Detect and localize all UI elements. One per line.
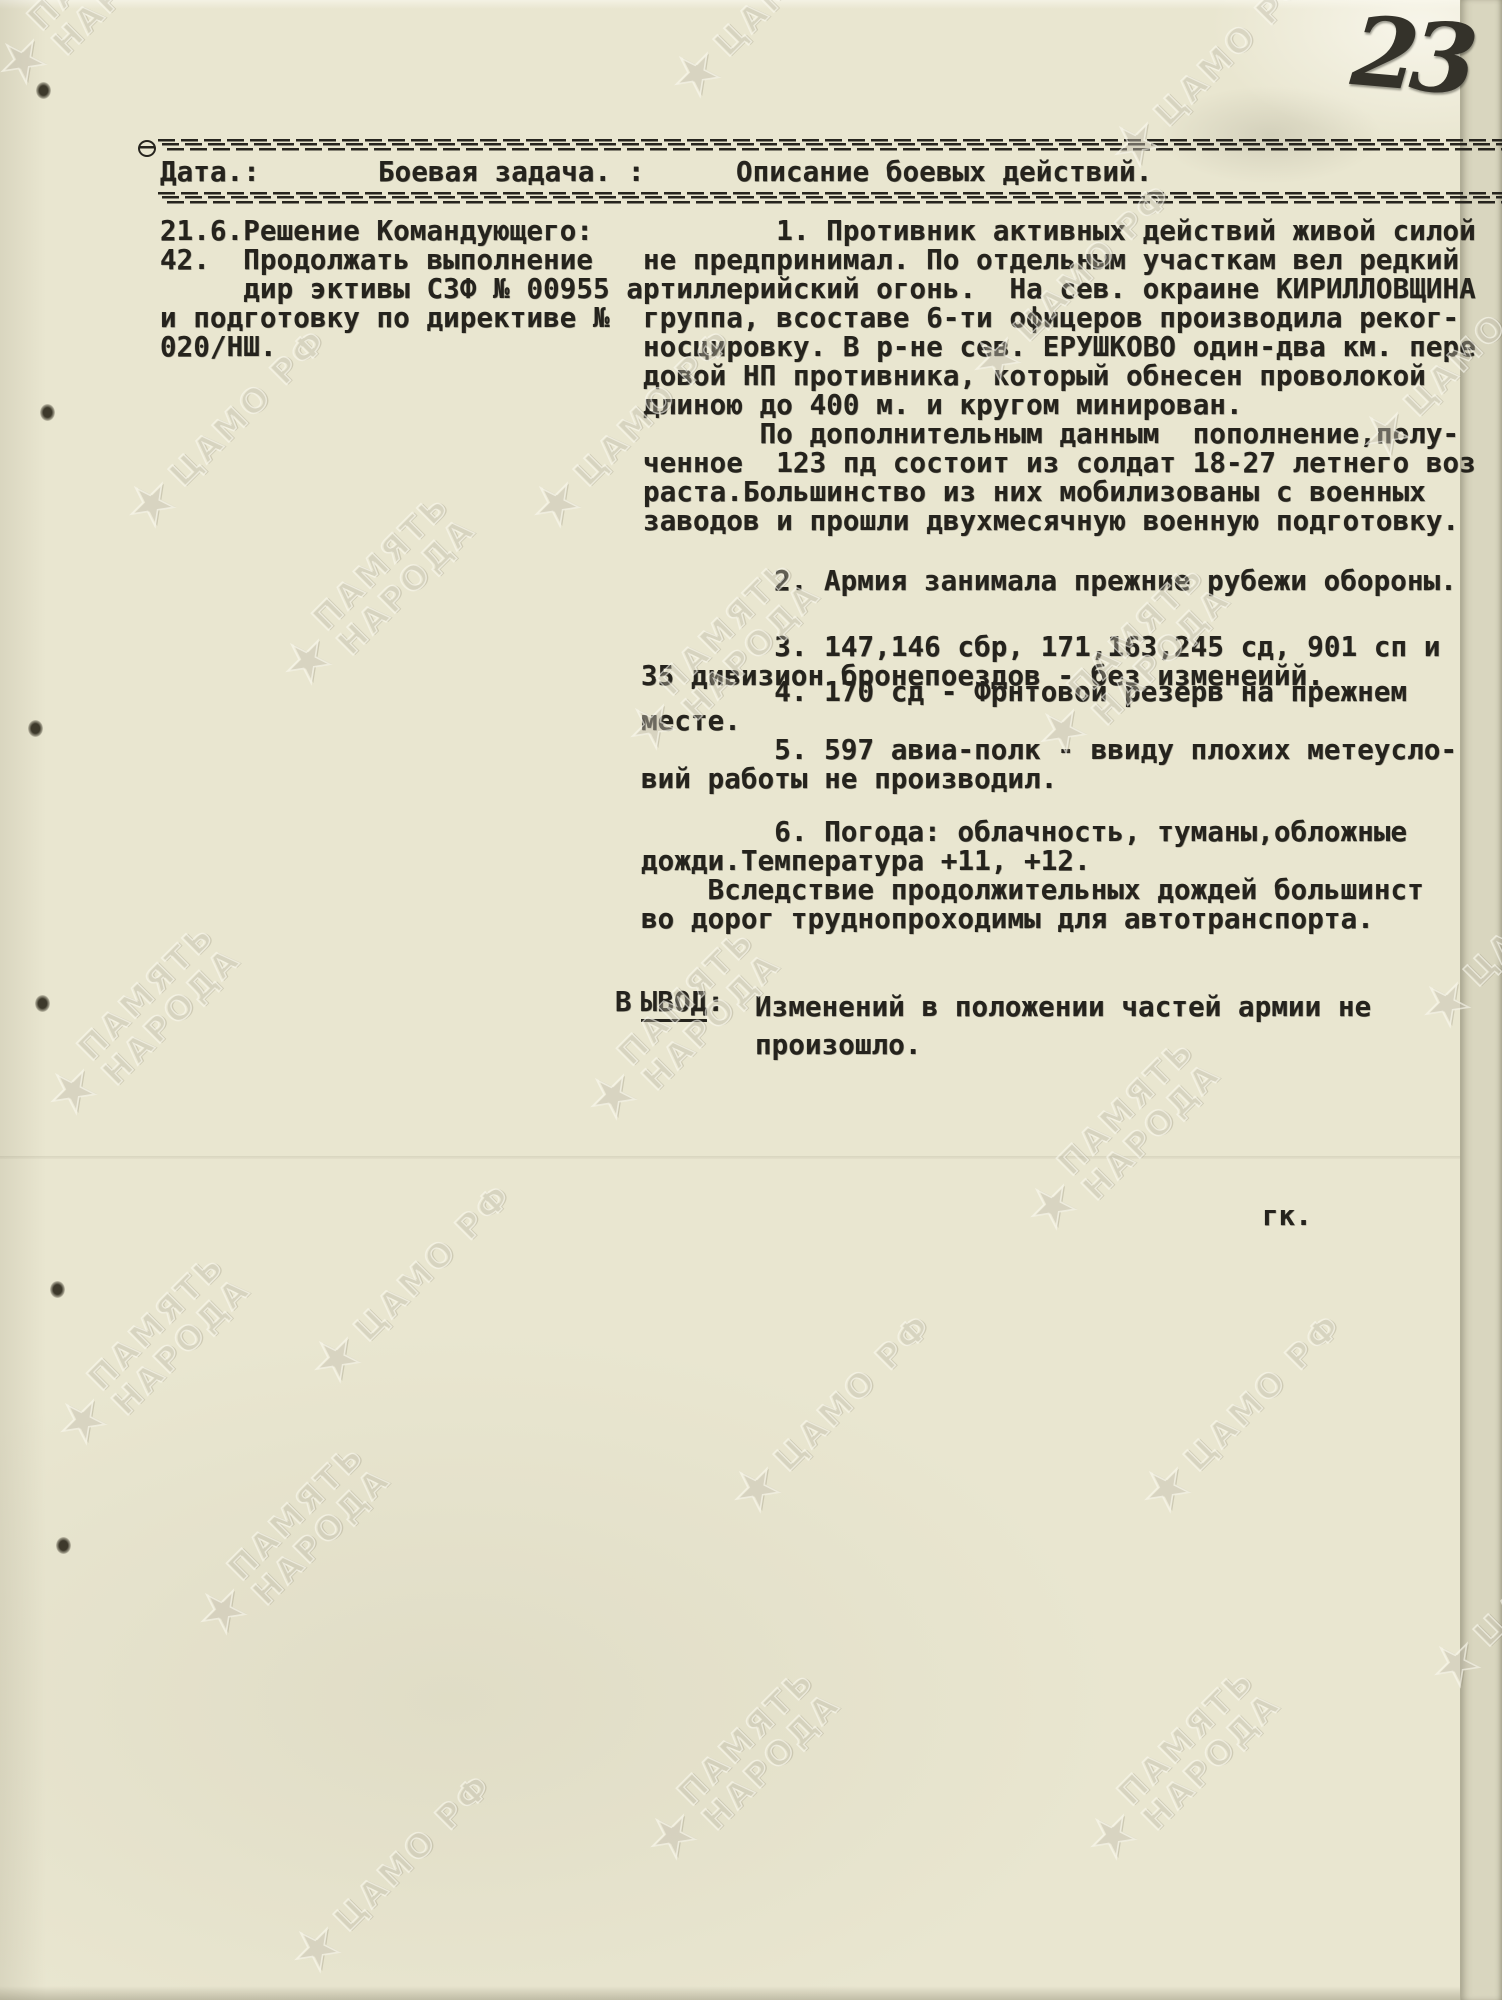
watermark-label: ПАМЯТЬ НАРОДА: [1111, 1662, 1286, 1837]
star-icon: ★: [719, 1451, 794, 1526]
star-icon: ★: [0, 23, 60, 98]
conclusion-label: ВЫВОД:: [615, 988, 724, 1017]
archive-watermark: ★ПАМЯТЬ НАРОДА: [570, 922, 786, 1138]
column-header-combat-actions-description: Описание боевых действий.: [736, 158, 1152, 187]
archive-watermark: ★ПАМЯТЬ НАРОДА: [180, 1437, 396, 1653]
clerk-initials: гк.: [1262, 1202, 1312, 1231]
star-icon: ★: [659, 36, 734, 111]
header-rule-top: [158, 139, 1502, 152]
archive-watermark: ★ЦАМО РФ: [1129, 1300, 1356, 1527]
handwritten-page-number: 23: [1348, 3, 1474, 109]
entry-date-decision-and-paragraph-1: 21.6.Решение Командующего: 1. Противник …: [160, 217, 1476, 536]
watermark-label: ЦАМО РФ: [348, 1177, 518, 1347]
watermark-label: ЦАМО РФ: [1178, 1307, 1348, 1477]
watermark-label: ЦАМО РФ: [1148, 0, 1318, 133]
header-rule-bottom: [158, 192, 1502, 205]
punch-hole: [56, 1537, 71, 1554]
star-icon: ★: [185, 1573, 260, 1648]
punch-hole: [50, 1281, 65, 1298]
watermark-label: ПАМЯТЬ НАРОДА: [71, 917, 246, 1092]
punch-hole: [36, 82, 51, 99]
paper-crease: [0, 1156, 1502, 1159]
conclusion-label-underlined-part: ЫВОД: [641, 986, 708, 1022]
conclusion-label-first-letter: В: [615, 986, 632, 1018]
watermark-label: ЦАМО РФ: [328, 1767, 498, 1937]
watermark-label: ЦАМО РФ: [768, 1307, 938, 1477]
punch-hole: [40, 404, 55, 421]
star-icon: ★: [635, 1798, 710, 1873]
star-icon: ★: [1129, 1451, 1204, 1526]
watermark-label: ПАМЯТЬ НАРОДА: [81, 1247, 256, 1422]
watermark-label: ПАМЯТЬ НАРОДА: [221, 1437, 396, 1612]
column-header-combat-task: Боевая задача. :: [378, 158, 645, 187]
archive-watermark: ★ЦАМО РФ: [1099, 0, 1326, 181]
archive-watermark: ★ПАМЯТЬ НАРОДА: [40, 1247, 256, 1463]
conclusion-label-colon: :: [707, 986, 724, 1018]
archive-watermark: ★ПАМЯТЬ НАРОДА: [630, 1662, 846, 1878]
paragraphs-4-and-5: 4. 170 сд - Фрнтовой резерв на прежнем м…: [641, 678, 1457, 794]
archive-watermark: ★ПАМЯТЬ НАРОДА: [1070, 1662, 1286, 1878]
conclusion-text: Изменений в положении частей армии не пр…: [755, 988, 1371, 1064]
star-icon: ★: [299, 1321, 374, 1396]
paragraph-2: 2. Армия занимала прежние рубежи обороны…: [774, 567, 1457, 596]
rule-start-circle-mark: [138, 140, 156, 157]
watermark-label: ЦАМО РФ: [708, 0, 878, 63]
document-page: ★ПАМЯТЬ НАРОДА★ЦАМО РФ★ЦАМО РФ★ЦАМО РФ★Ц…: [0, 0, 1502, 2000]
column-header-date: Дата.:: [160, 158, 260, 187]
archive-watermark: ★ЦАМО РФ: [299, 1170, 526, 1397]
star-icon: ★: [35, 1053, 110, 1128]
watermark-label: ПАМЯТЬ НАРОДА: [671, 1662, 846, 1837]
archive-watermark: ★ПАМЯТЬ НАРОДА: [30, 917, 246, 1133]
star-icon: ★: [270, 623, 345, 698]
archive-watermark: ★ЦАМО РФ: [719, 1300, 946, 1527]
punch-hole: [28, 720, 43, 737]
archive-watermark: ★ПАМЯТЬ НАРОДА: [0, 0, 196, 103]
star-icon: ★: [575, 1058, 650, 1133]
archive-watermark: ★ЦАМО РФ: [659, 0, 886, 111]
punch-hole: [35, 995, 50, 1012]
star-icon: ★: [279, 1911, 354, 1986]
archive-watermark: ★ЦАМО РФ: [279, 1760, 506, 1987]
star-icon: ★: [1075, 1798, 1150, 1873]
star-icon: ★: [1015, 1168, 1090, 1243]
paragraph-6-weather: 6. Погода: облачность, туманы,обложные д…: [641, 818, 1424, 934]
star-icon: ★: [45, 1383, 120, 1458]
watermark-label: ПАМЯТЬ НАРОДА: [21, 0, 196, 62]
